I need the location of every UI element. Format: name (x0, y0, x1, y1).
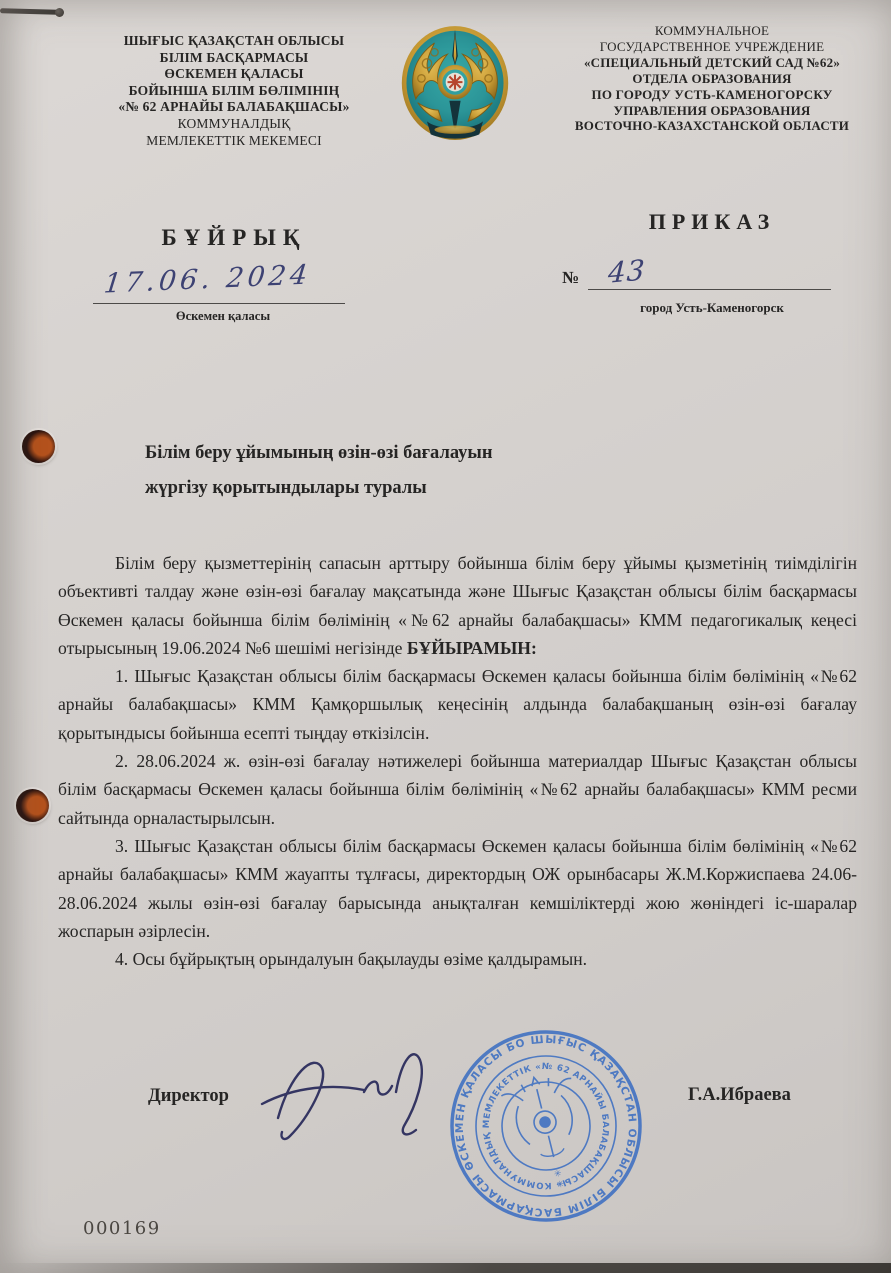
order-title-kazakh: БҰЙРЫҚ (68, 225, 400, 251)
order-item-4: 4. Осы бұйрықтың орындалуын бақылауды өз… (58, 945, 857, 973)
date-underline (93, 303, 345, 304)
handwritten-order-number: 43 (607, 253, 646, 290)
letterhead-line: КОММУНАЛДЫҚ (68, 116, 400, 133)
signature-role: Директор (148, 1086, 229, 1107)
signature-name: Г.А.Ибраева (688, 1085, 791, 1106)
number-underline (588, 289, 831, 290)
letterhead-line: ОТДЕЛА ОБРАЗОВАНИЯ (538, 71, 886, 87)
paper-fastener (0, 8, 60, 15)
document-serial-number: 000169 (83, 1218, 161, 1239)
punch-hole (22, 430, 55, 463)
order-number-label: № (562, 268, 579, 288)
subject-line: Білім беру ұйымының өзін-өзі бағалауын (145, 436, 615, 471)
order-title-russian: ПРИКАЗ (538, 209, 886, 235)
letterhead-line: МЕМЛЕКЕТТІК МЕКЕМЕСІ (68, 133, 400, 150)
letterhead-line: ӨСКЕМЕН ҚАЛАСЫ (68, 66, 400, 83)
paper-fastener-tip (55, 8, 64, 17)
letterhead-line: «№ 62 АРНАЙЫ БАЛАБАҚШАСЫ» (68, 99, 400, 116)
letterhead-line: КОММУНАЛЬНОЕ (538, 23, 886, 39)
letterhead-line: ПО ГОРОДУ УСТЬ-КАМЕНОГОРСКУ (538, 87, 886, 103)
intro-paragraph: Білім беру қызметтерінің сапасын арттыру… (58, 549, 857, 662)
punch-hole (16, 789, 49, 822)
subject-line: жүргізу қорытындылары туралы (145, 471, 615, 506)
order-item-2: 2. 28.06.2024 ж. өзін-өзі бағалау нәтиже… (58, 747, 857, 832)
kazakhstan-coat-of-arms-icon (399, 20, 511, 148)
place-russian: город Усть-Каменогорск (538, 300, 886, 316)
order-subject: Білім беру ұйымының өзін-өзі бағалауын ж… (145, 436, 615, 506)
letterhead-line: «СПЕЦИАЛЬНЫЙ ДЕТСКИЙ САД №62» (538, 55, 886, 71)
letterhead-line: ШЫҒЫС ҚАЗАҚСТАН ОБЛЫСЫ (68, 33, 400, 50)
order-item-1: 1. Шығыс Қазақстан облысы білім басқарма… (58, 662, 857, 747)
letterhead-line: ГОСУДАРСТВЕННОЕ УЧРЕЖДЕНИЕ (538, 39, 886, 55)
director-signature (256, 1040, 466, 1165)
place-kazakh: Өскемен қаласы (68, 309, 378, 324)
intro-resolution-word: БҰЙЫРАМЫН: (407, 638, 537, 658)
photo-bottom-edge (0, 1263, 891, 1273)
letterhead-russian: КОММУНАЛЬНОЕ ГОСУДАРСТВЕННОЕ УЧРЕЖДЕНИЕ … (538, 23, 886, 134)
letterhead-line: БІЛІМ БАСҚАРМАСЫ (68, 50, 400, 67)
letterhead-line: БОЙЫНША БІЛІМ БӨЛІМІНІҢ (68, 83, 400, 100)
order-body: Білім беру қызметтерінің сапасын арттыру… (58, 549, 857, 973)
letterhead-kazakh: ШЫҒЫС ҚАЗАҚСТАН ОБЛЫСЫ БІЛІМ БАСҚАРМАСЫ … (68, 33, 400, 149)
order-item-3: 3. Шығыс Қазақстан облысы білім басқарма… (58, 832, 857, 945)
scanned-order-document: ШЫҒЫС ҚАЗАҚСТАН ОБЛЫСЫ БІЛІМ БАСҚАРМАСЫ … (0, 0, 891, 1273)
letterhead-line: ВОСТОЧНО-КАЗАХСТАНСКОЙ ОБЛАСТИ (538, 118, 886, 134)
letterhead-line: УПРАВЛЕНИЯ ОБРАЗОВАНИЯ (538, 103, 886, 119)
handwritten-date: 17.06. 2024 (102, 259, 313, 299)
